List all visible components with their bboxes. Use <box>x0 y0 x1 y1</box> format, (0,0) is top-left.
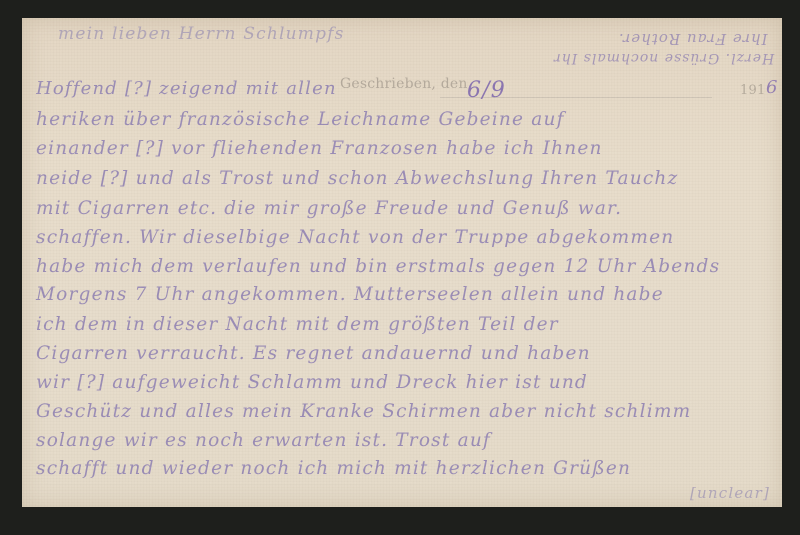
body-line-13: solange wir es noch erwarten ist. Trost … <box>36 430 491 451</box>
postcard: mein lieben Herrn Schlumpfs Ihre Frau Ro… <box>22 18 782 507</box>
body-line-1: Hoffend [?] zeigend mit allen möglichen … <box>36 78 336 99</box>
header-line: mein lieben Herrn Schlumpfs <box>58 24 345 44</box>
handwritten-date: 6/9 <box>467 78 506 103</box>
upside-down-margin-line-1: Ihre Frau Rother. <box>618 30 768 48</box>
body-line-9: ich dem in dieser Nacht mit dem größten … <box>36 314 559 335</box>
body-line-14: schafft und wieder noch ich mich mit her… <box>36 458 631 479</box>
body-line-4: neide [?] und als Trost und schon Abwech… <box>36 168 678 189</box>
body-line-5: mit Cigarren etc. die mir große Freude u… <box>36 198 622 219</box>
body-line-8: Morgens 7 Uhr angekommen. Mutterseelen a… <box>36 284 664 305</box>
body-line-2: heriken über französische Leichname Gebe… <box>36 109 565 130</box>
body-line-7: habe mich dem verlaufen und bin erstmals… <box>36 256 720 277</box>
handwritten-year-digit: 6 <box>766 77 779 98</box>
body-line-11: wir [?] aufgeweicht Schlamm und Dreck hi… <box>36 372 588 393</box>
signature: [unclear] <box>690 484 770 502</box>
printed-written-label: Geschrieben, den <box>340 76 468 92</box>
upside-down-margin-line-2: Herzl. Grüsse nochmals Ihr <box>553 50 774 66</box>
body-line-10: Cigarren verraucht. Es regnet andauernd … <box>36 343 591 364</box>
body-line-12: Geschütz und alles mein Kranke Schirmen … <box>36 401 691 422</box>
printed-year-prefix: 191 <box>740 83 765 98</box>
body-line-3: einander [?] vor fliehenden Franzosen ha… <box>36 138 603 159</box>
body-line-6: schaffen. Wir dieselbige Nacht von der T… <box>36 227 674 248</box>
